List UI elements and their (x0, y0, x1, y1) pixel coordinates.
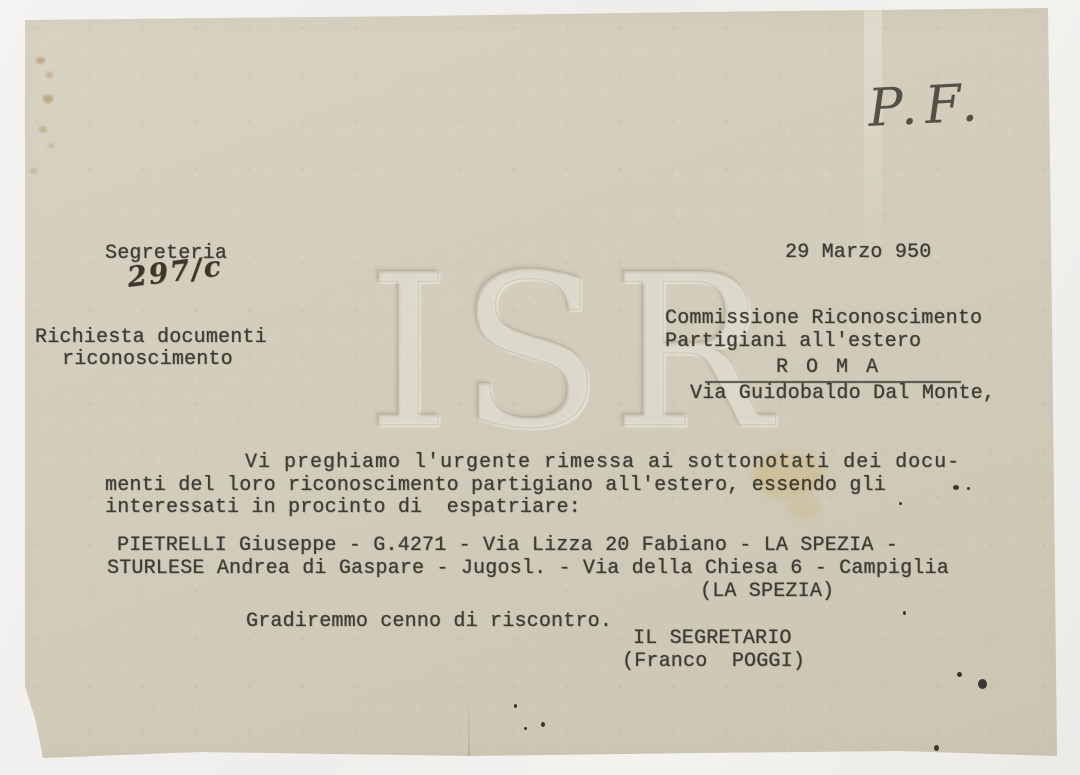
signature-role: IL SEGRETARIO (633, 628, 792, 651)
recipient-org-line-2: Partigiani all'estero (665, 331, 921, 354)
date-line: 29 Marzo 950 (785, 242, 931, 265)
ink-speck (978, 679, 987, 689)
subject-line-2: riconoscimento (62, 349, 233, 372)
paper-crease (468, 698, 470, 758)
foxing-stain (39, 126, 47, 133)
recipient-city: R O M A (776, 357, 881, 380)
office-label: Segreteria (105, 243, 227, 266)
ink-speck (934, 745, 939, 751)
ink-speck (903, 611, 906, 615)
yellow-stain (788, 498, 820, 520)
foxing-stain (46, 72, 53, 78)
ink-speck (967, 487, 970, 490)
foxing-stain (43, 95, 53, 103)
ink-speck (541, 722, 545, 727)
handwritten-initials: P.F. (867, 73, 987, 139)
body-paragraph-line-1: Vi preghiamo l'urgente rimessa ai sotton… (245, 452, 960, 475)
foxing-stain (48, 143, 54, 148)
ink-speck (899, 502, 902, 505)
signature-name: (Franco POGGI) (622, 651, 805, 674)
person-entry-1: PIETRELLI Giuseppe - G.4271 - Via Lizza … (117, 535, 898, 558)
letter-paper: ISR P.F. 297/c Segreteria Richiesta docu… (0, 0, 1080, 775)
recipient-org-line-1: Commissione Riconoscimento (665, 308, 982, 331)
ink-speck (514, 704, 517, 708)
body-paragraph-line-3: interessati in procinto di espatriare: (105, 497, 581, 520)
closing-line: Gradiremmo cenno di riscontro. (246, 611, 612, 634)
scan-light-band (864, 8, 882, 278)
person-entry-2-continuation: (LA SPEZIA) (700, 581, 834, 604)
body-paragraph-line-2: menti del loro riconoscimento partigiano… (105, 475, 886, 498)
scanner-background: ISR P.F. 297/c Segreteria Richiesta docu… (0, 0, 1080, 775)
ink-speck (957, 672, 962, 677)
ink-speck (953, 485, 959, 490)
subject-line-1: Richiesta documenti (35, 327, 267, 350)
foxing-stain (30, 168, 37, 174)
ink-speck (524, 727, 527, 730)
person-entry-2: STURLESE Andrea di Gaspare - Jugosl. - V… (107, 558, 949, 581)
recipient-street: Via Guidobaldo Dal Monte, (690, 383, 995, 406)
foxing-stain (36, 57, 45, 64)
